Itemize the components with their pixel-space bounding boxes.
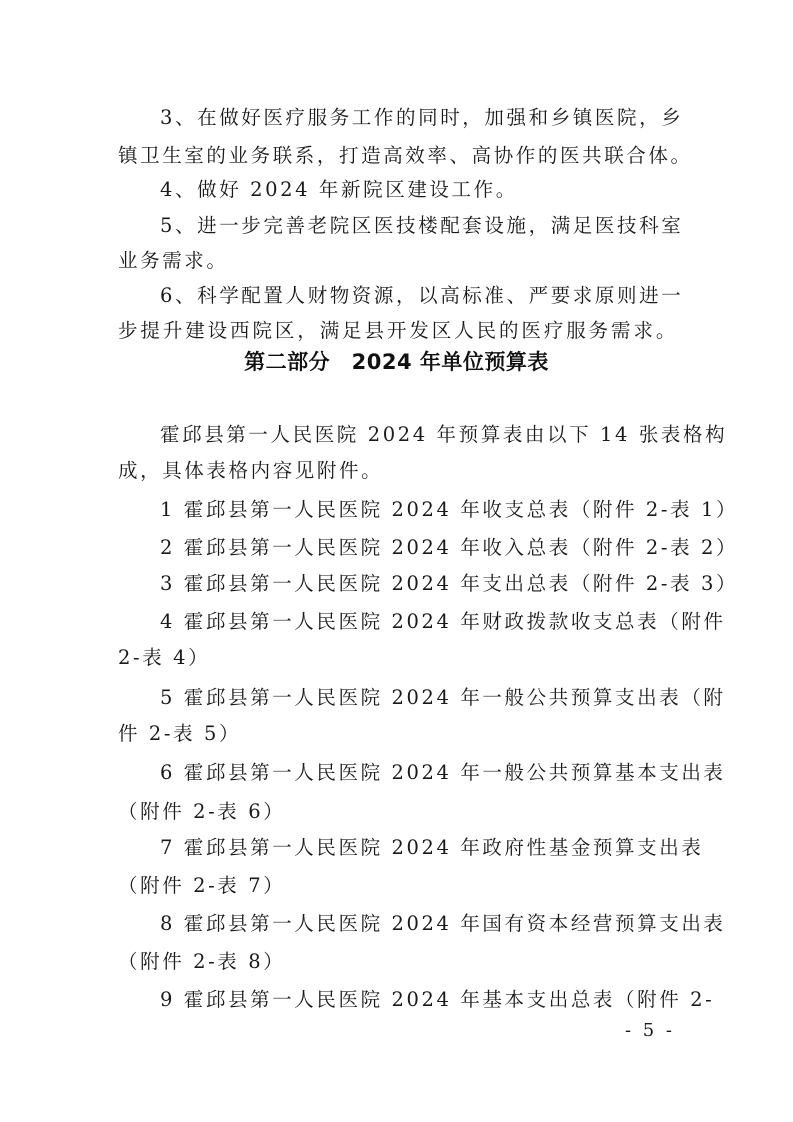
document-page: 3、在做好医疗服务工作的同时，加强和乡镇医院，乡 镇卫生室的业务联系，打造高效率… bbox=[0, 0, 793, 1122]
table-list-item-7-line-2: （附件 2-表 7） bbox=[118, 874, 678, 898]
table-list-item-4-line-1: 4 霍邱县第一人民医院 2024 年财政拨款收支总表（附件 bbox=[160, 610, 680, 634]
table-list-item-5-line-2: 件 2-表 5） bbox=[118, 722, 678, 746]
table-list-item-8-line-2: （附件 2-表 8） bbox=[118, 950, 678, 974]
paragraph-5-line-2: 业务需求。 bbox=[118, 249, 678, 273]
paragraph-3-line-1: 3、在做好医疗服务工作的同时，加强和乡镇医院，乡 bbox=[160, 106, 680, 130]
paragraph-5-line-1: 5、进一步完善老院区医技楼配套设施，满足医技科室 bbox=[160, 214, 680, 238]
table-list-item-1: 1 霍邱县第一人民医院 2024 年收支总表（附件 2-表 1） bbox=[160, 498, 680, 522]
page-number: - 5 - bbox=[625, 1020, 675, 1041]
table-list-item-9-line-1: 9 霍邱县第一人民医院 2024 年基本支出总表（附件 2- bbox=[160, 988, 680, 1012]
intro-line-1: 霍邱县第一人民医院 2024 年预算表由以下 14 张表格构 bbox=[160, 423, 680, 447]
paragraph-6-line-1: 6、科学配置人财物资源，以高标准、严要求原则进一 bbox=[160, 284, 680, 308]
table-list-item-5-line-1: 5 霍邱县第一人民医院 2024 年一般公共预算支出表（附 bbox=[160, 686, 680, 710]
paragraph-6-line-2: 步提升建设西院区，满足县开发区人民的医疗服务需求。 bbox=[118, 319, 678, 343]
table-list-item-6-line-2: （附件 2-表 6） bbox=[118, 800, 678, 824]
table-list-item-4-line-2: 2-表 4） bbox=[118, 646, 678, 670]
intro-line-2: 成，具体表格内容见附件。 bbox=[118, 459, 678, 483]
table-list-item-2: 2 霍邱县第一人民医院 2024 年收入总表（附件 2-表 2） bbox=[160, 536, 680, 560]
table-list-item-8-line-1: 8 霍邱县第一人民医院 2024 年国有资本经营预算支出表 bbox=[160, 912, 680, 936]
paragraph-4-line-1: 4、做好 2024 年新院区建设工作。 bbox=[160, 178, 680, 202]
table-list-item-3: 3 霍邱县第一人民医院 2024 年支出总表（附件 2-表 3） bbox=[160, 572, 680, 596]
table-list-item-6-line-1: 6 霍邱县第一人民医院 2024 年一般公共预算基本支出表 bbox=[160, 761, 680, 785]
section-heading: 第二部分 2024 年单位预算表 bbox=[0, 346, 793, 376]
table-list-item-7-line-1: 7 霍邱县第一人民医院 2024 年政府性基金预算支出表 bbox=[160, 836, 680, 860]
paragraph-3-line-2: 镇卫生室的业务联系，打造高效率、高协作的医共联合体。 bbox=[118, 144, 678, 168]
